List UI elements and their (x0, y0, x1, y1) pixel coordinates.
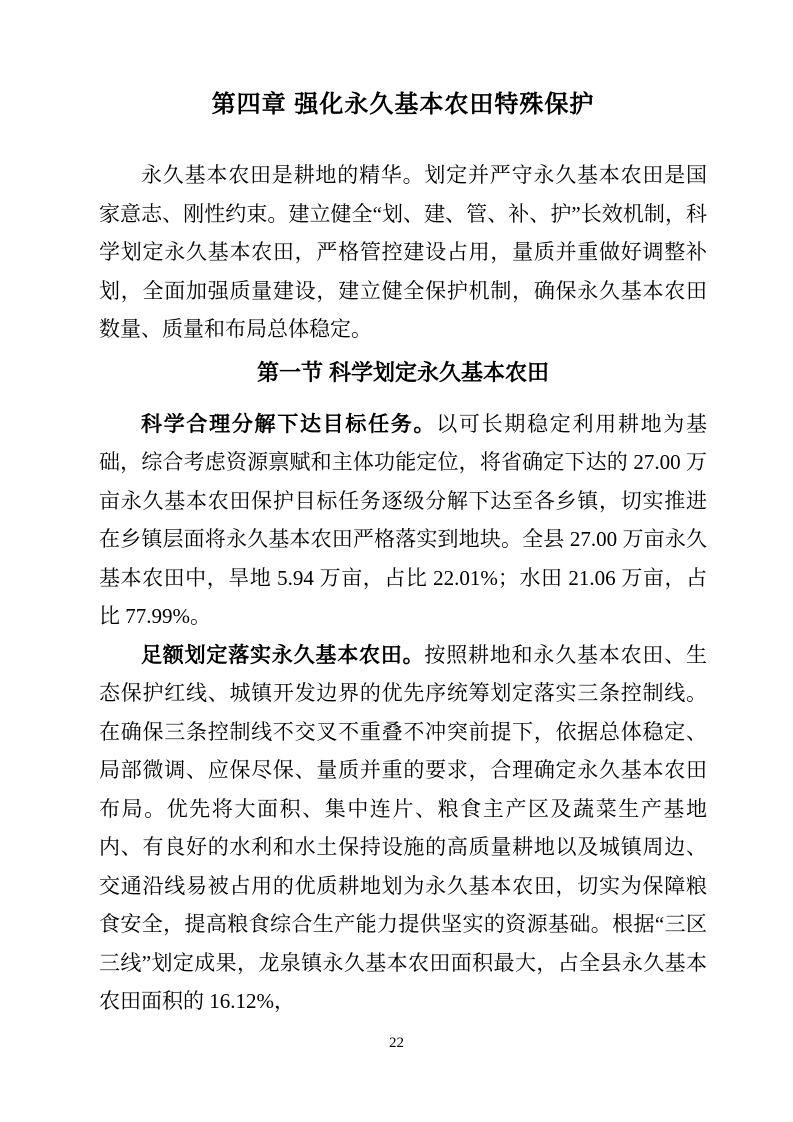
intro-paragraph: 永久基本农田是耕地的精华。划定并严守永久基本农田是国家意志、刚性约束。建立健全“… (99, 156, 707, 349)
paragraph-delineation: 足额划定落实永久基本农田。按照耕地和永久基本农田、生态保护红线、城镇开发边界的优… (99, 636, 707, 1021)
section-title: 第一节 科学划定永久基本农田 (99, 358, 707, 388)
chapter-title: 第四章 强化永久基本农田特殊保护 (99, 88, 707, 122)
document-page: 第四章 强化永久基本农田特殊保护 永久基本农田是耕地的精华。划定并严守永久基本农… (0, 0, 793, 1122)
paragraph-tasks-lead: 科学合理分解下达目标任务。 (141, 412, 436, 436)
paragraph-tasks: 科学合理分解下达目标任务。以可长期稳定利用耕地为基础，综合考虑资源禀赋和主体功能… (99, 405, 707, 636)
paragraph-delineation-body: 按照耕地和永久基本农田、生态保护红线、城镇开发边界的优先序统筹划定落实三条控制线… (99, 643, 707, 1014)
page-content: 第四章 强化永久基本农田特殊保护 永久基本农田是耕地的精华。划定并严守永久基本农… (99, 0, 707, 1021)
page-number: 22 (0, 1034, 793, 1052)
paragraph-delineation-lead: 足额划定落实永久基本农田。 (141, 643, 424, 667)
paragraph-tasks-body: 以可长期稳定利用耕地为基础，综合考虑资源禀赋和主体功能定位，将省确定下达的 27… (99, 412, 707, 629)
